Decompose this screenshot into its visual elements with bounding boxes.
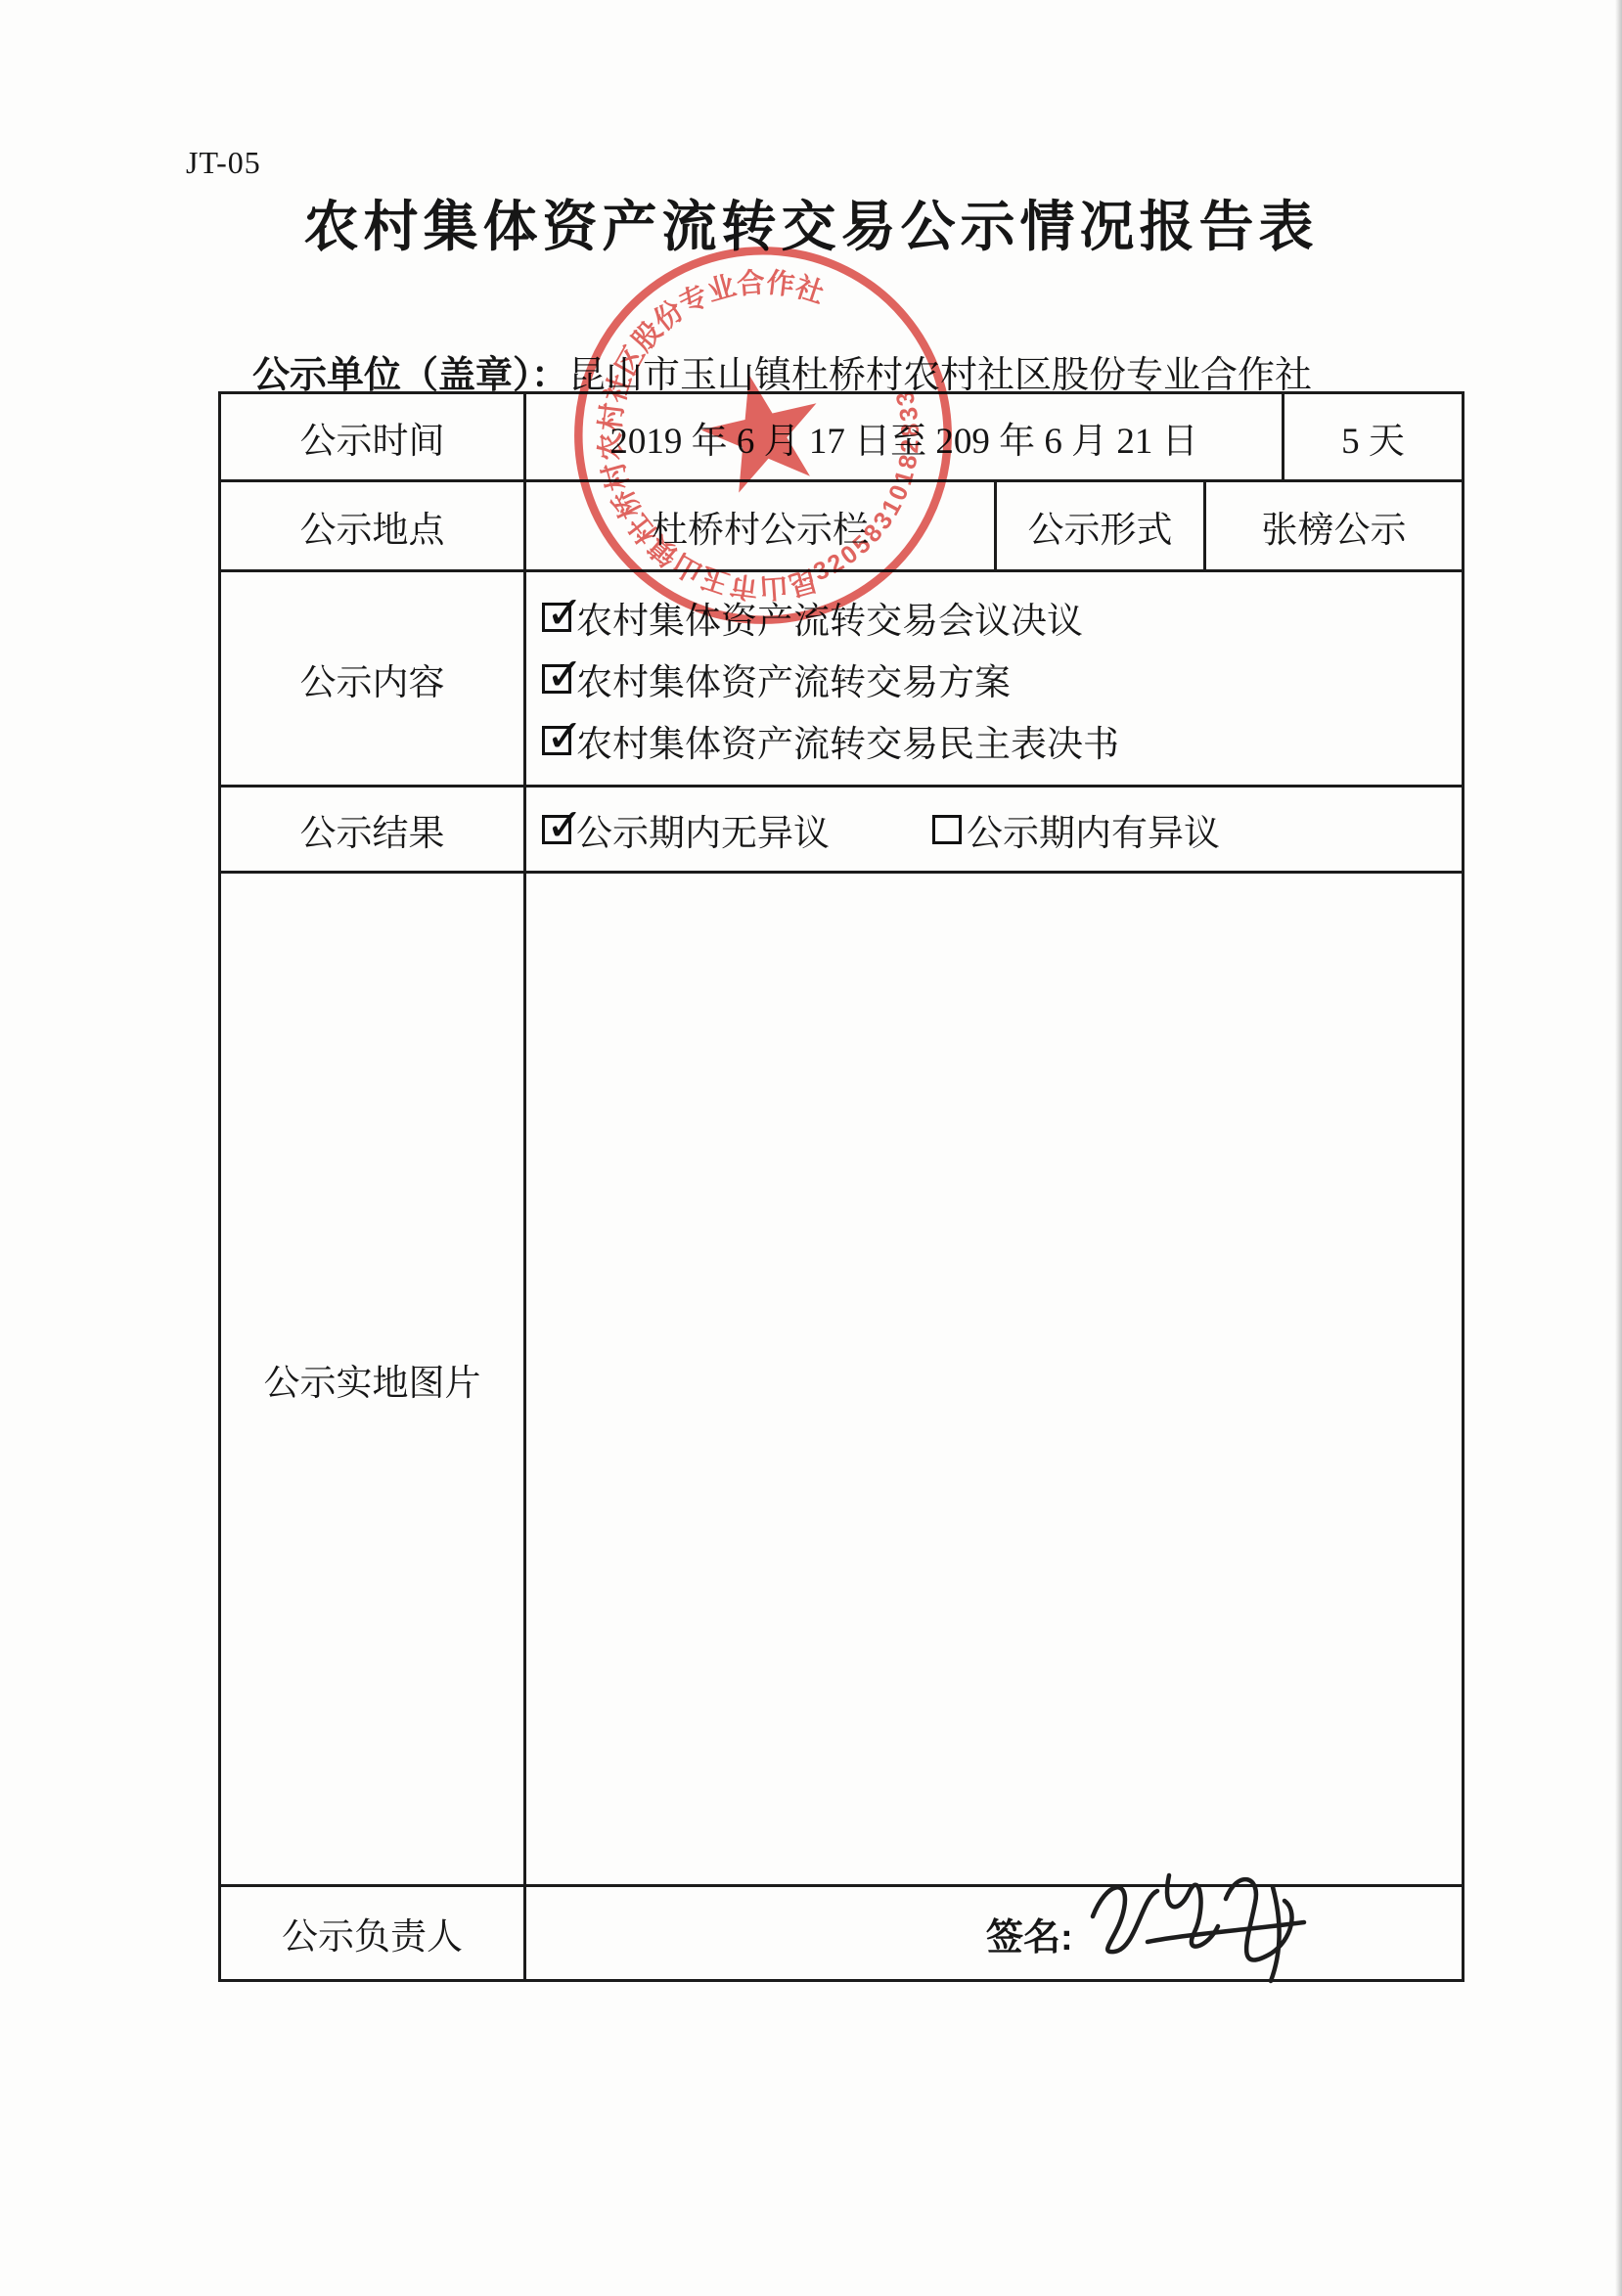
row-label: 公示时间	[221, 394, 526, 479]
checkbox-checked-icon	[542, 726, 571, 755]
table-row-place: 公示地点 杜桥村公示栏 公示形式 张榜公示	[221, 482, 1462, 572]
result-options: 公示期内无异议 公示期内有异议	[526, 788, 1462, 871]
scanned-report-page: JT-05 农村集体资产流转交易公示情况报告表 公示单位（盖章）：昆山市玉山镇杜…	[0, 0, 1622, 2296]
content-item-text: 农村集体资产流转交易民主表决书	[576, 714, 1119, 767]
sign-group: 签名:	[986, 1877, 1324, 1989]
report-table: 公示时间 2019 年 6 月 17 日至 209 年 6 月 21 日 5 天…	[218, 391, 1464, 1982]
place-value: 杜桥村公示栏	[526, 482, 997, 569]
content-list: 农村集体资产流转交易会议决议 农村集体资产流转交易方案 农村集体资产流转交易民主…	[526, 572, 1462, 785]
checkbox-checked-icon	[542, 603, 571, 632]
content-item-text: 农村集体资产流转交易会议决议	[576, 591, 1083, 644]
table-row-responsible: 公示负责人 签名:	[221, 1887, 1462, 1979]
form-type-label: 公示形式	[997, 482, 1206, 569]
photos-empty-area	[526, 874, 1462, 1884]
checkbox-unchecked-icon	[932, 815, 962, 844]
list-item: 农村集体资产流转交易会议决议	[542, 591, 1083, 644]
form-code: JT-05	[186, 145, 261, 181]
form-type-value: 张榜公示	[1206, 482, 1462, 569]
result-option: 公示期内无异议	[542, 803, 830, 856]
publicity-unit-line: 公示单位（盖章）：昆山市玉山镇杜桥村农村社区股份专业合作社	[252, 344, 1312, 398]
duration-value: 5 天	[1284, 394, 1462, 479]
sign-area: 签名:	[526, 1887, 1462, 1979]
content-item-text: 农村集体资产流转交易方案	[576, 653, 1011, 705]
list-item: 农村集体资产流转交易民主表决书	[542, 714, 1119, 767]
table-row-content: 公示内容 农村集体资产流转交易会议决议 农村集体资产流转交易方案 农村集体资产流…	[221, 572, 1462, 788]
table-row-time: 公示时间 2019 年 6 月 17 日至 209 年 6 月 21 日 5 天	[221, 394, 1462, 482]
result-option-text: 公示期内无异议	[576, 803, 830, 856]
row-label: 公示地点	[221, 482, 526, 569]
time-value: 2019 年 6 月 17 日至 209 年 6 月 21 日	[526, 394, 1284, 479]
signature-handwriting	[1079, 1852, 1324, 1989]
row-label: 公示负责人	[221, 1887, 526, 1979]
list-item: 农村集体资产流转交易方案	[542, 653, 1011, 705]
sign-label: 签名:	[986, 1907, 1073, 1960]
scan-edge-artifact	[1615, 0, 1622, 2296]
unit-name: 昆山市玉山镇杜桥村农村社区股份专业合作社	[568, 355, 1312, 396]
page-title: 农村集体资产流转交易公示情况报告表	[0, 184, 1622, 262]
table-row-photos: 公示实地图片	[221, 874, 1462, 1887]
result-option: 公示期内有异议	[932, 803, 1220, 856]
result-option-text: 公示期内有异议	[967, 803, 1220, 856]
unit-label: 公示单位（盖章）：	[252, 355, 568, 396]
checkbox-checked-icon	[542, 815, 571, 844]
row-label: 公示内容	[221, 572, 526, 785]
row-label: 公示实地图片	[221, 874, 526, 1884]
row-label: 公示结果	[221, 788, 526, 871]
table-row-result: 公示结果 公示期内无异议 公示期内有异议	[221, 788, 1462, 874]
checkbox-checked-icon	[542, 664, 571, 694]
